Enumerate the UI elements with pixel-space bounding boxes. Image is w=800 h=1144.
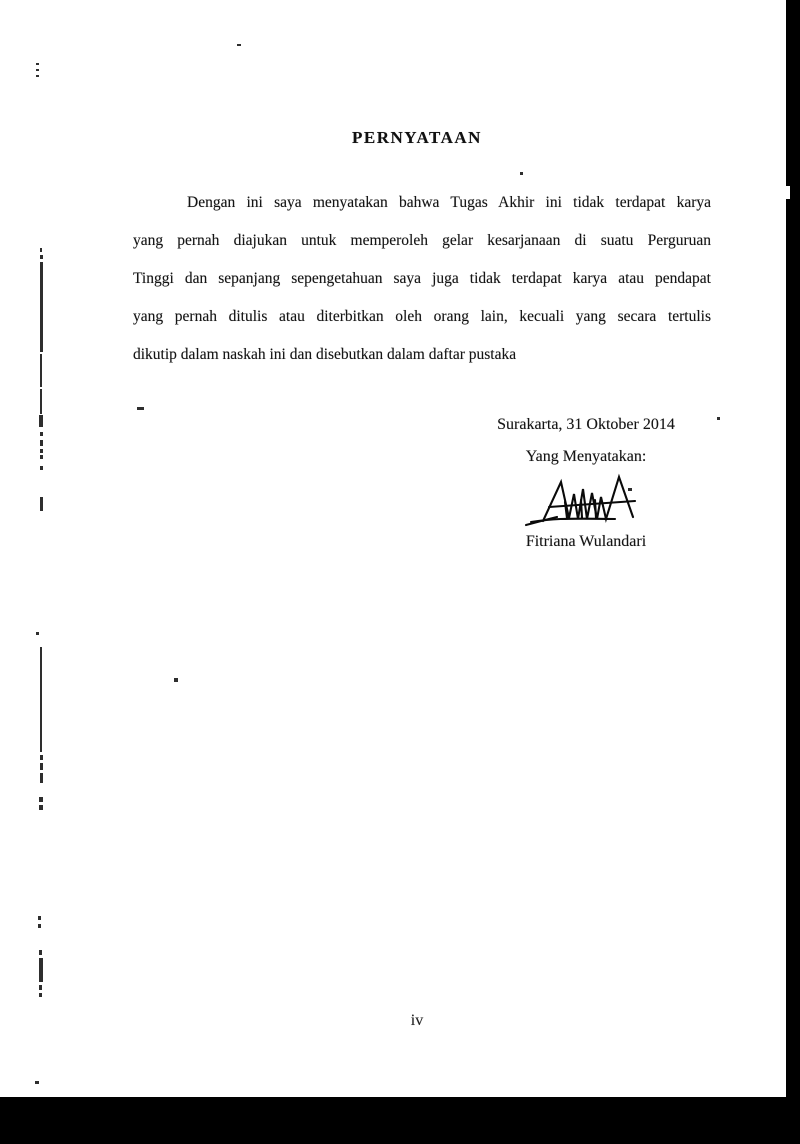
scan-artifact <box>40 755 43 760</box>
scan-artifact <box>40 432 43 436</box>
scan-border-right <box>786 0 800 1144</box>
handwritten-signature <box>466 472 706 530</box>
scan-artifact <box>40 440 43 446</box>
scan-artifact <box>39 950 42 955</box>
scan-border-bottom <box>0 1097 800 1144</box>
scan-artifact <box>36 69 39 71</box>
scan-artifact <box>38 924 41 928</box>
scan-artifact <box>40 248 42 252</box>
scan-artifact <box>40 466 43 470</box>
scan-artifact <box>39 985 42 990</box>
signature-scribble-icon <box>523 472 649 530</box>
scan-artifact <box>137 407 144 410</box>
scan-artifact <box>717 417 720 420</box>
paragraph-line: yang pernah ditulis atau diterbitkan ole… <box>133 298 711 336</box>
scan-artifact <box>520 172 523 175</box>
place-date: Surakarta, 31 Oktober 2014 <box>466 414 706 436</box>
signer-name: Fitriana Wulandari <box>466 532 706 552</box>
scan-artifact <box>174 678 178 682</box>
declarer-label: Yang Menyatakan: <box>466 446 706 468</box>
page-title: PERNYATAAN <box>128 128 706 148</box>
paragraph-line: Dengan ini saya menyatakan bahwa Tugas A… <box>133 184 711 222</box>
scan-artifact <box>39 805 43 810</box>
scan-artifact <box>40 449 43 453</box>
scan-artifact <box>39 415 43 427</box>
scan-artifact <box>40 763 43 770</box>
paragraph-line: yang pernah diajukan untuk memperoleh ge… <box>133 222 711 260</box>
scan-artifact <box>36 632 39 635</box>
scan-artifact <box>40 773 43 783</box>
scan-artifact <box>40 647 42 752</box>
scan-artifact <box>35 1081 39 1084</box>
declaration-paragraph: Dengan ini saya menyatakan bahwa Tugas A… <box>133 184 711 374</box>
paragraph-line: dikutip dalam naskah ini dan disebutkan … <box>133 336 711 374</box>
scan-artifact <box>38 916 41 920</box>
scan-border-notch <box>786 186 790 199</box>
scan-artifact <box>40 354 42 387</box>
scan-artifact <box>39 993 42 997</box>
scanned-document-page: PERNYATAAN Dengan ini saya menyatakan ba… <box>0 0 800 1144</box>
scan-artifact <box>40 255 43 259</box>
paragraph-line: Tinggi dan sepanjang sepengetahuan saya … <box>133 260 711 298</box>
scan-artifact <box>39 958 43 982</box>
signature-block: Surakarta, 31 Oktober 2014 Yang Menyatak… <box>466 414 706 552</box>
scan-artifact <box>36 63 39 65</box>
scan-artifact <box>40 262 43 352</box>
page-number: iv <box>128 1012 706 1030</box>
scan-artifact <box>40 389 42 414</box>
scan-artifact <box>237 44 241 46</box>
scan-artifact <box>36 75 39 77</box>
scan-artifact <box>628 488 632 491</box>
scan-artifact <box>40 455 43 459</box>
scan-artifact <box>40 497 43 511</box>
scan-artifact <box>39 797 43 802</box>
